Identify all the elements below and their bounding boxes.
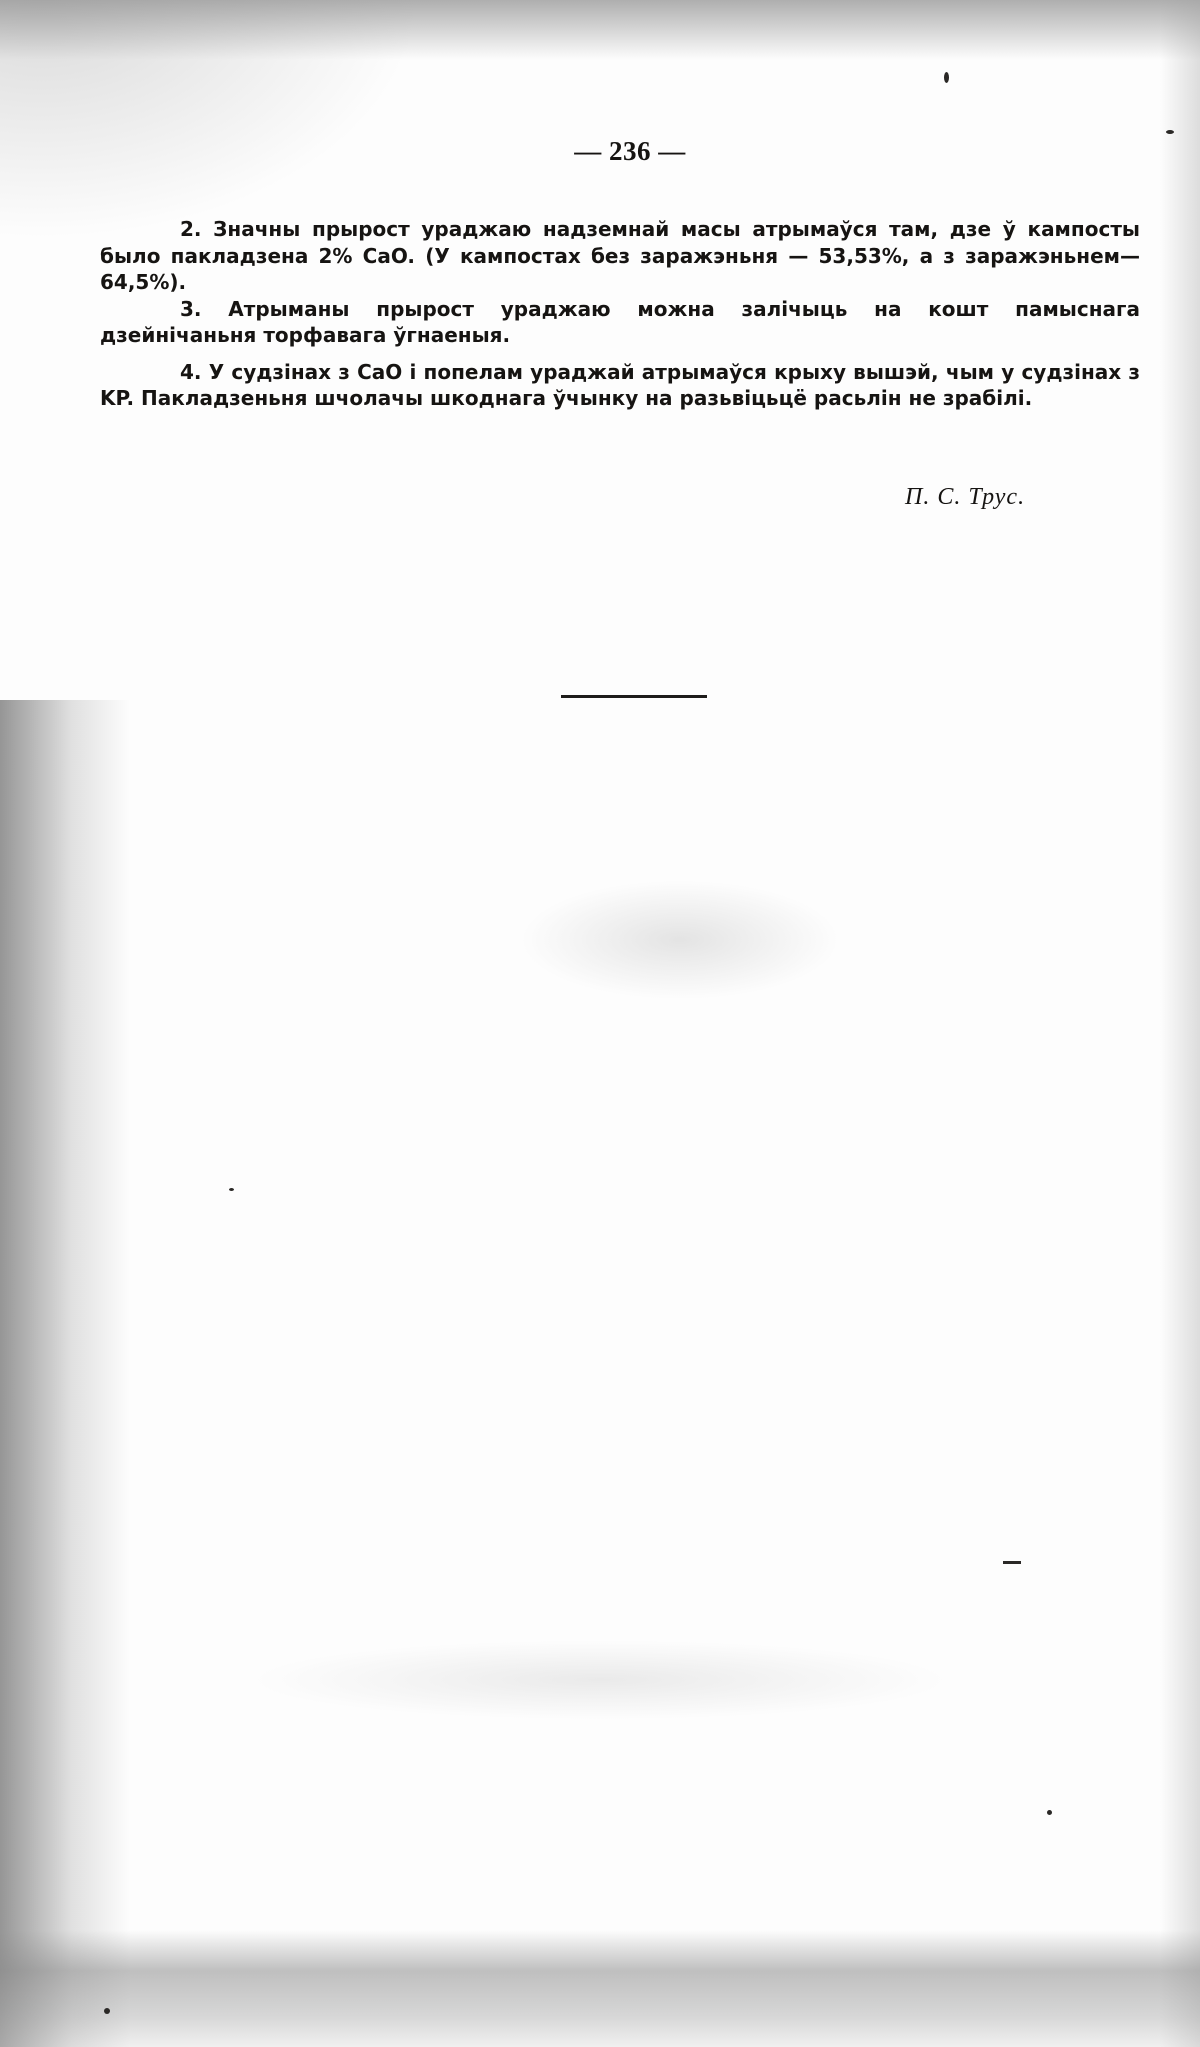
scan-speck bbox=[229, 1188, 234, 1191]
section-divider bbox=[561, 695, 707, 698]
scan-smudge bbox=[250, 1640, 950, 1720]
scan-speck bbox=[1166, 130, 1174, 134]
scan-shadow-right bbox=[1160, 0, 1200, 2047]
paragraph-conclusion-4: 4. У судзінах з CaO і попелам ураджай ат… bbox=[100, 359, 1140, 412]
scan-shadow-bottom bbox=[0, 1930, 1200, 2047]
scan-speck bbox=[104, 2008, 110, 2014]
paragraph-conclusion-3: 3. Атрыманы прырост ураджаю можна залічы… bbox=[100, 296, 1140, 349]
scan-smudge bbox=[520, 880, 840, 1000]
scan-speck bbox=[1047, 1810, 1052, 1815]
scan-shadow-left bbox=[0, 700, 130, 2047]
page-number: — 236 — bbox=[0, 136, 1200, 167]
author-signature: П. С. Трус. bbox=[905, 484, 1025, 511]
paragraph-conclusion-2: 2. Значны прырост ураджаю надземнай масы… bbox=[100, 216, 1140, 296]
scan-speck bbox=[944, 72, 949, 83]
body-text: 2. Значны прырост ураджаю надземнай масы… bbox=[100, 216, 1140, 412]
scan-shadow-top bbox=[0, 0, 1200, 60]
scan-speck bbox=[1003, 1561, 1021, 1564]
scan-shadow-top-left bbox=[0, 0, 420, 240]
